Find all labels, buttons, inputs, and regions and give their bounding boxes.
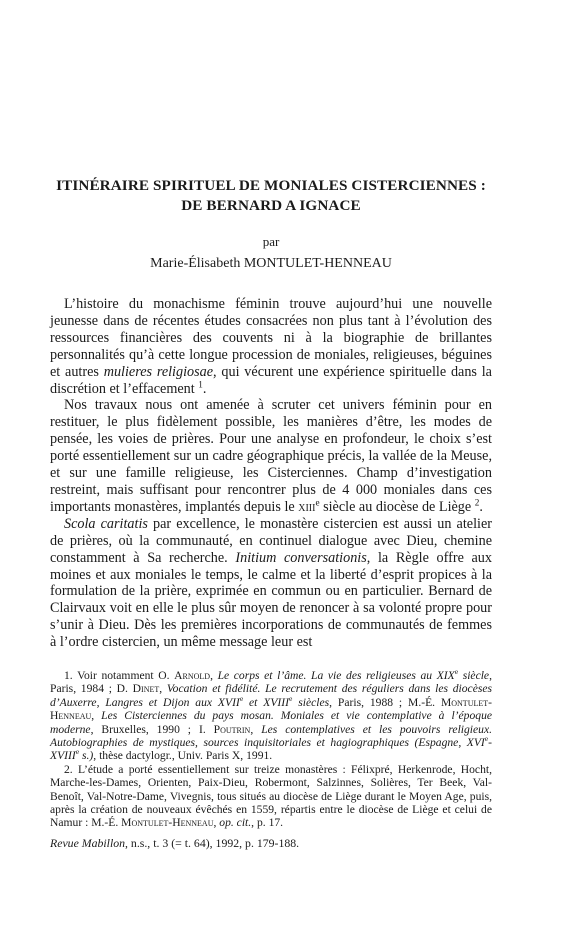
italic-term: mulieres religiosae	[104, 364, 213, 380]
title-italic: siècles	[292, 696, 329, 709]
footnotes: 1. Voir notamment O. Arnold, Le corps et…	[50, 669, 492, 830]
text: 1. Voir notamment O.	[64, 669, 174, 682]
article-title: ITINÉRAIRE SPIRITUEL DE MONIALES CISTERC…	[50, 176, 492, 216]
text: ,	[159, 682, 167, 695]
text: ,	[210, 669, 218, 682]
paragraph-2: Nos travaux nous ont amenée à scruter ce…	[50, 397, 492, 515]
text: siècle au diocèse de Liège	[320, 499, 475, 515]
journal-title: Revue Mabillon	[50, 836, 125, 850]
title-italic: op. cit.	[219, 816, 251, 829]
text: , Paris, 1988 ; M.-É.	[329, 696, 441, 709]
author-sc: Arnold	[174, 669, 210, 682]
italic-term: Scola caritatis	[64, 516, 148, 532]
author-sc: Poutrin	[214, 723, 251, 736]
text: .	[479, 499, 483, 515]
footnote-1: 1. Voir notamment O. Arnold, Le corps et…	[50, 669, 492, 763]
author-sc: Dinet	[133, 682, 160, 695]
text: ,	[91, 709, 101, 722]
text: , p. 17.	[251, 816, 283, 829]
century-numeral: xiii	[298, 499, 315, 515]
author-sc: Montulet-Henneau	[121, 816, 213, 829]
italic-term: Initium conversationis	[235, 550, 366, 566]
title-italic: et XVIII	[243, 696, 289, 709]
paragraph-3: Scola caritatis par excellence, le monas…	[50, 516, 492, 651]
title-italic: s.)	[79, 749, 93, 762]
text: , Bruxelles, 1990 ; I.	[91, 723, 214, 736]
title-line-1: ITINÉRAIRE SPIRITUEL DE MONIALES CISTERC…	[50, 176, 492, 196]
text: .	[203, 381, 207, 397]
text: , thèse dactylogr., Univ. Paris X, 1991.	[93, 749, 272, 762]
title-italic: siècle	[458, 669, 489, 682]
text: ,	[250, 723, 261, 736]
title-line-2: DE BERNARD A IGNACE	[50, 196, 492, 216]
byline-par: par	[50, 234, 492, 250]
footnote-2: 2. L’étude a porté essentiellement sur t…	[50, 763, 492, 830]
title-italic: Le corps et l’âme. La vie des religieuse…	[218, 669, 455, 682]
journal-citation: Revue Mabillon, n.s., t. 3 (= t. 64), 19…	[50, 836, 492, 851]
author-name: Marie-Élisabeth MONTULET-HENNEAU	[50, 256, 492, 272]
text: Nos travaux nous ont amenée à scruter ce…	[50, 397, 492, 514]
article-body: L’histoire du monachisme féminin trouve …	[50, 296, 492, 651]
paragraph-1: L’histoire du monachisme féminin trouve …	[50, 296, 492, 397]
citation-details: , n.s., t. 3 (= t. 64), 1992, p. 179-188…	[125, 836, 299, 850]
